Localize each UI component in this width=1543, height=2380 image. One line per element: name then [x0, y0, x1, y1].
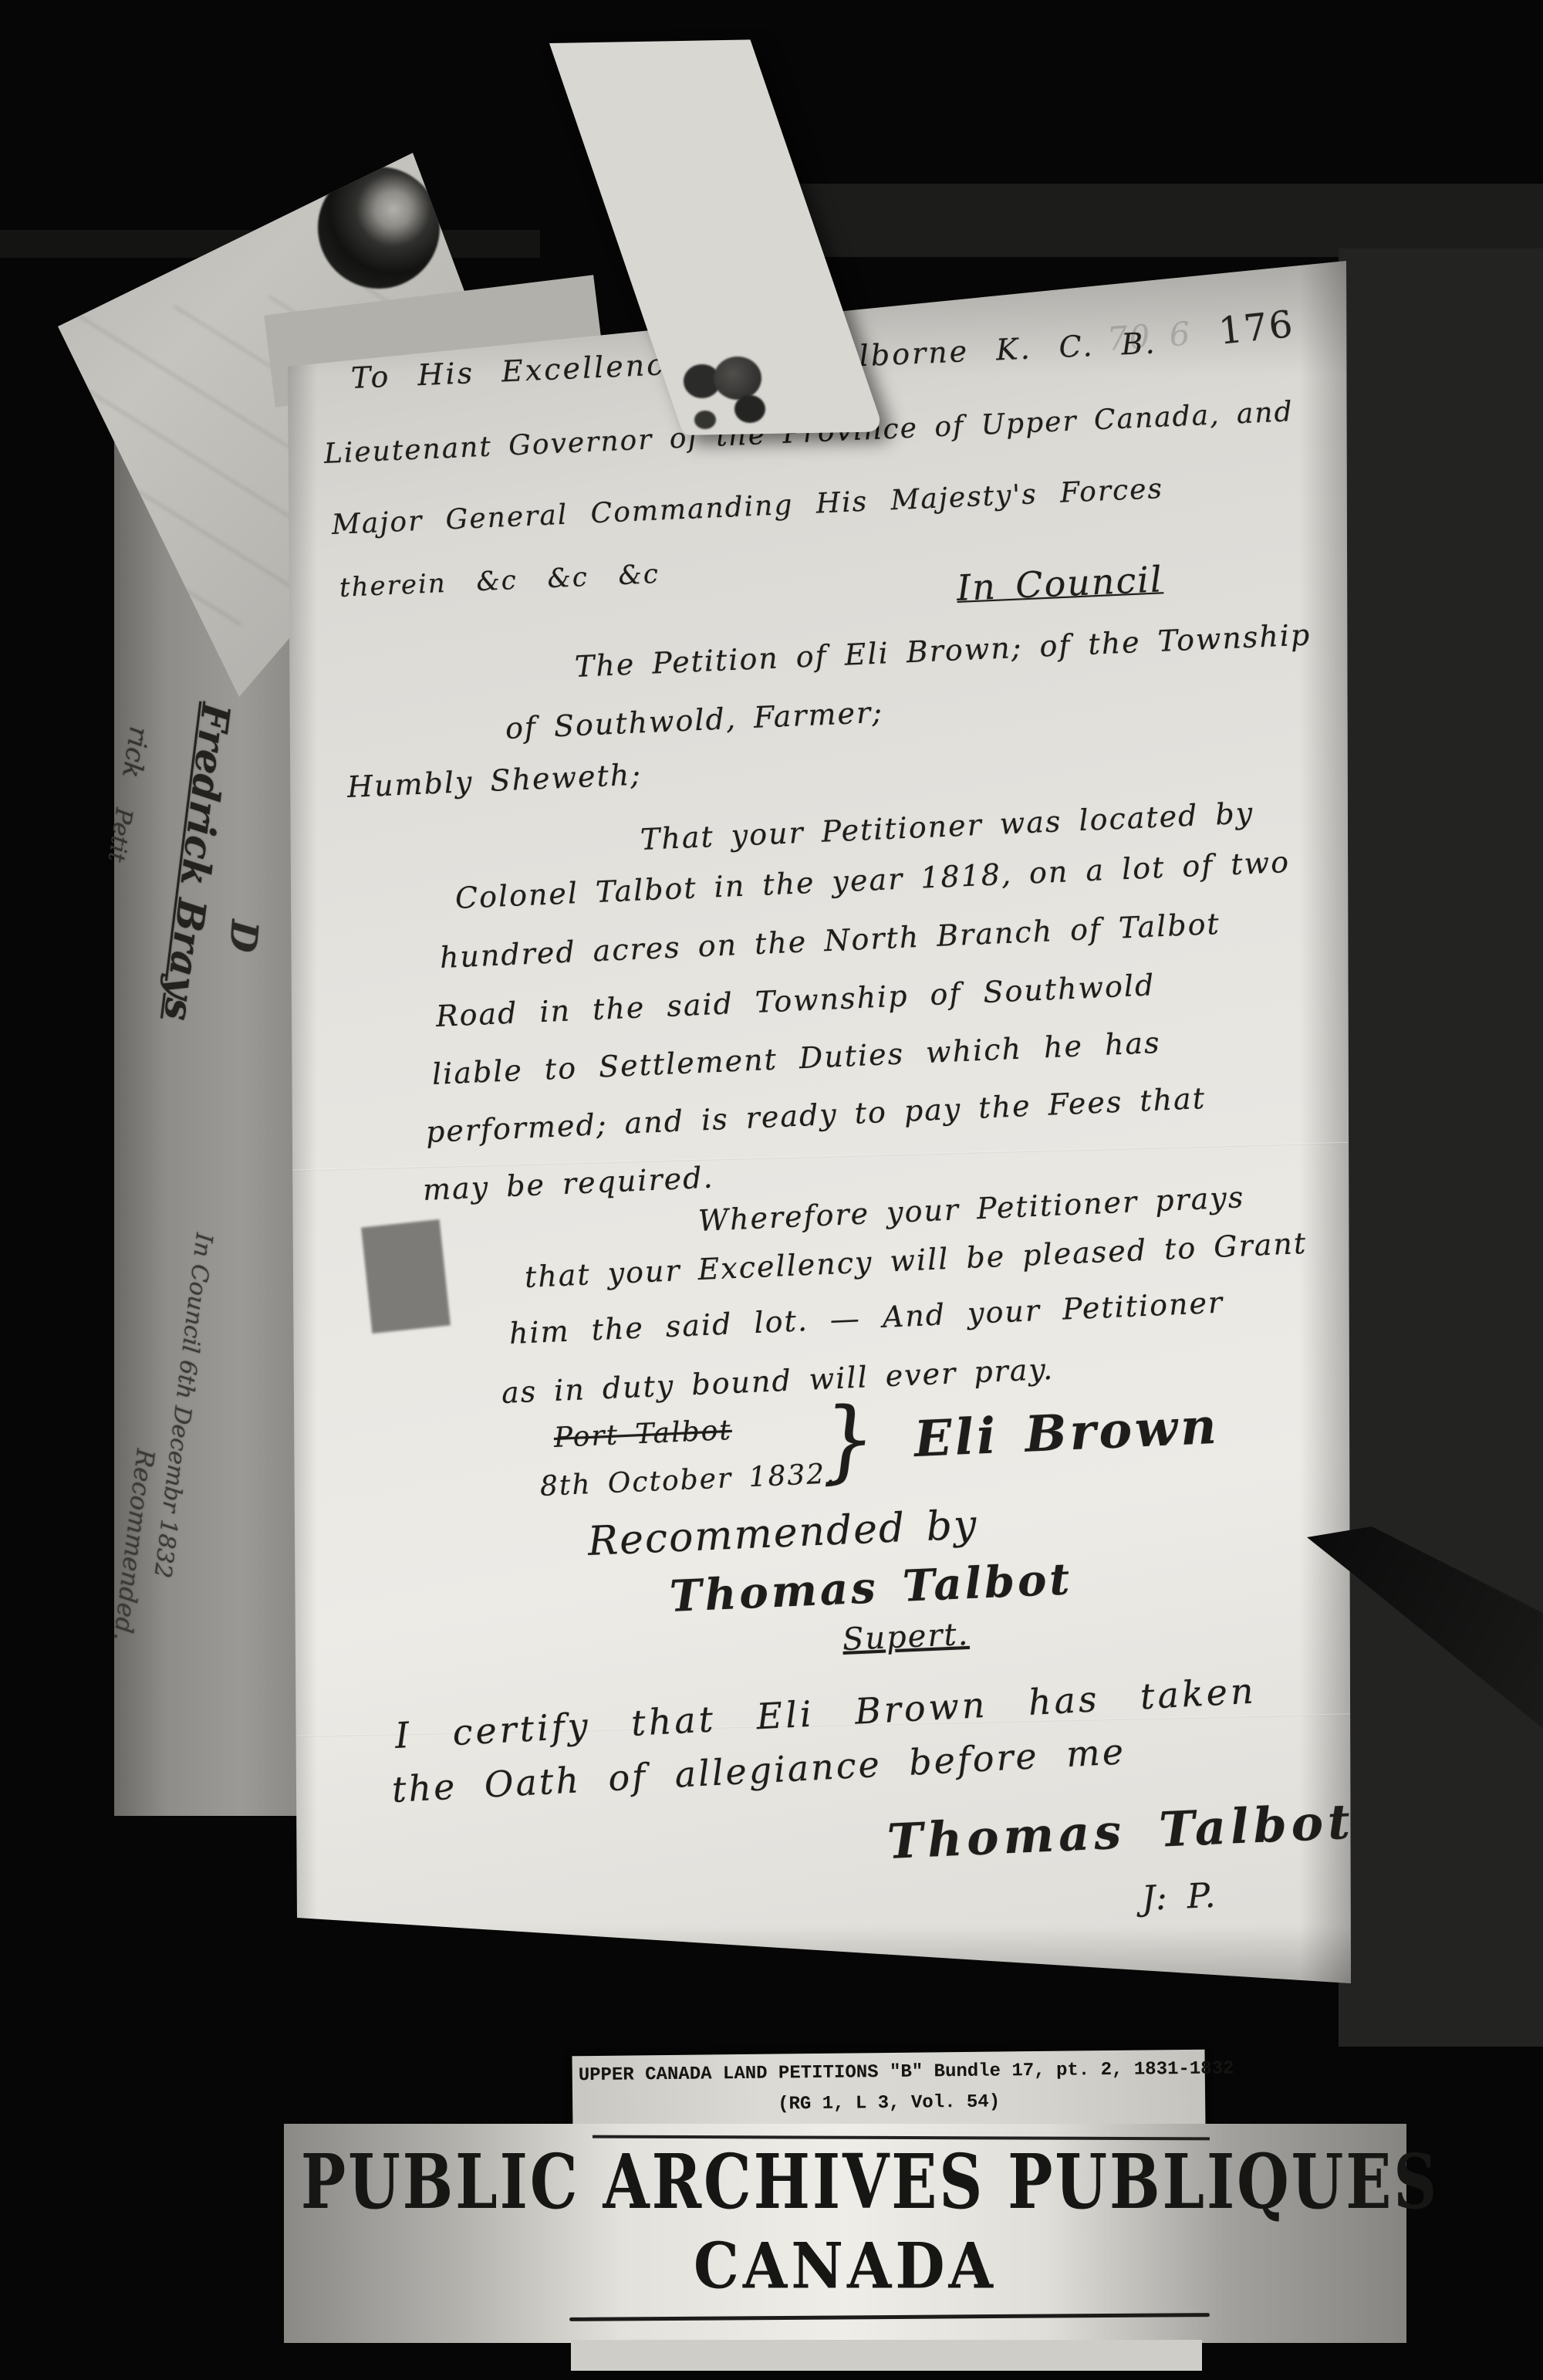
- ink-blot: [694, 411, 716, 429]
- docket-fragment: D: [221, 918, 266, 954]
- card-bottom-line: [569, 2313, 1210, 2321]
- top-shadow-band: [741, 184, 1543, 257]
- superintendent-title: Supert.: [842, 1617, 970, 1658]
- wax-seal: [318, 167, 440, 289]
- page-stack-edges: [1339, 248, 1543, 2047]
- archives-title: PUBLIC ARCHIVES PUBLIQUES: [301, 2138, 1389, 2226]
- typed-label-line1: UPPER CANADA LAND PETITIONS "B" Bundle 1…: [579, 2058, 1234, 2086]
- bottom-paper-strip: [571, 2340, 1202, 2371]
- archives-card: PUBLIC ARCHIVES PUBLIQUES CANADA: [284, 2124, 1406, 2343]
- tape-patch: [361, 1219, 451, 1334]
- page-number: 176: [1217, 303, 1296, 353]
- archives-subtitle: CANADA: [284, 2230, 1406, 2304]
- microfilm-photo: rick Fredrick Brays D Petit In Council 6…: [0, 0, 1543, 2380]
- typed-label-line2: (RG 1, L 3, Vol. 54): [572, 2090, 1205, 2118]
- petition-page: 176 70 6 To His Excellency John Colborne…: [274, 255, 1354, 1995]
- dateline-brace: }: [815, 1387, 880, 1494]
- ink-blot: [734, 395, 765, 423]
- justice-of-peace: J: P.: [1141, 1876, 1217, 1919]
- ink-blot: [714, 357, 761, 400]
- typed-archive-label: UPPER CANADA LAND PETITIONS "B" Bundle 1…: [572, 2050, 1205, 2134]
